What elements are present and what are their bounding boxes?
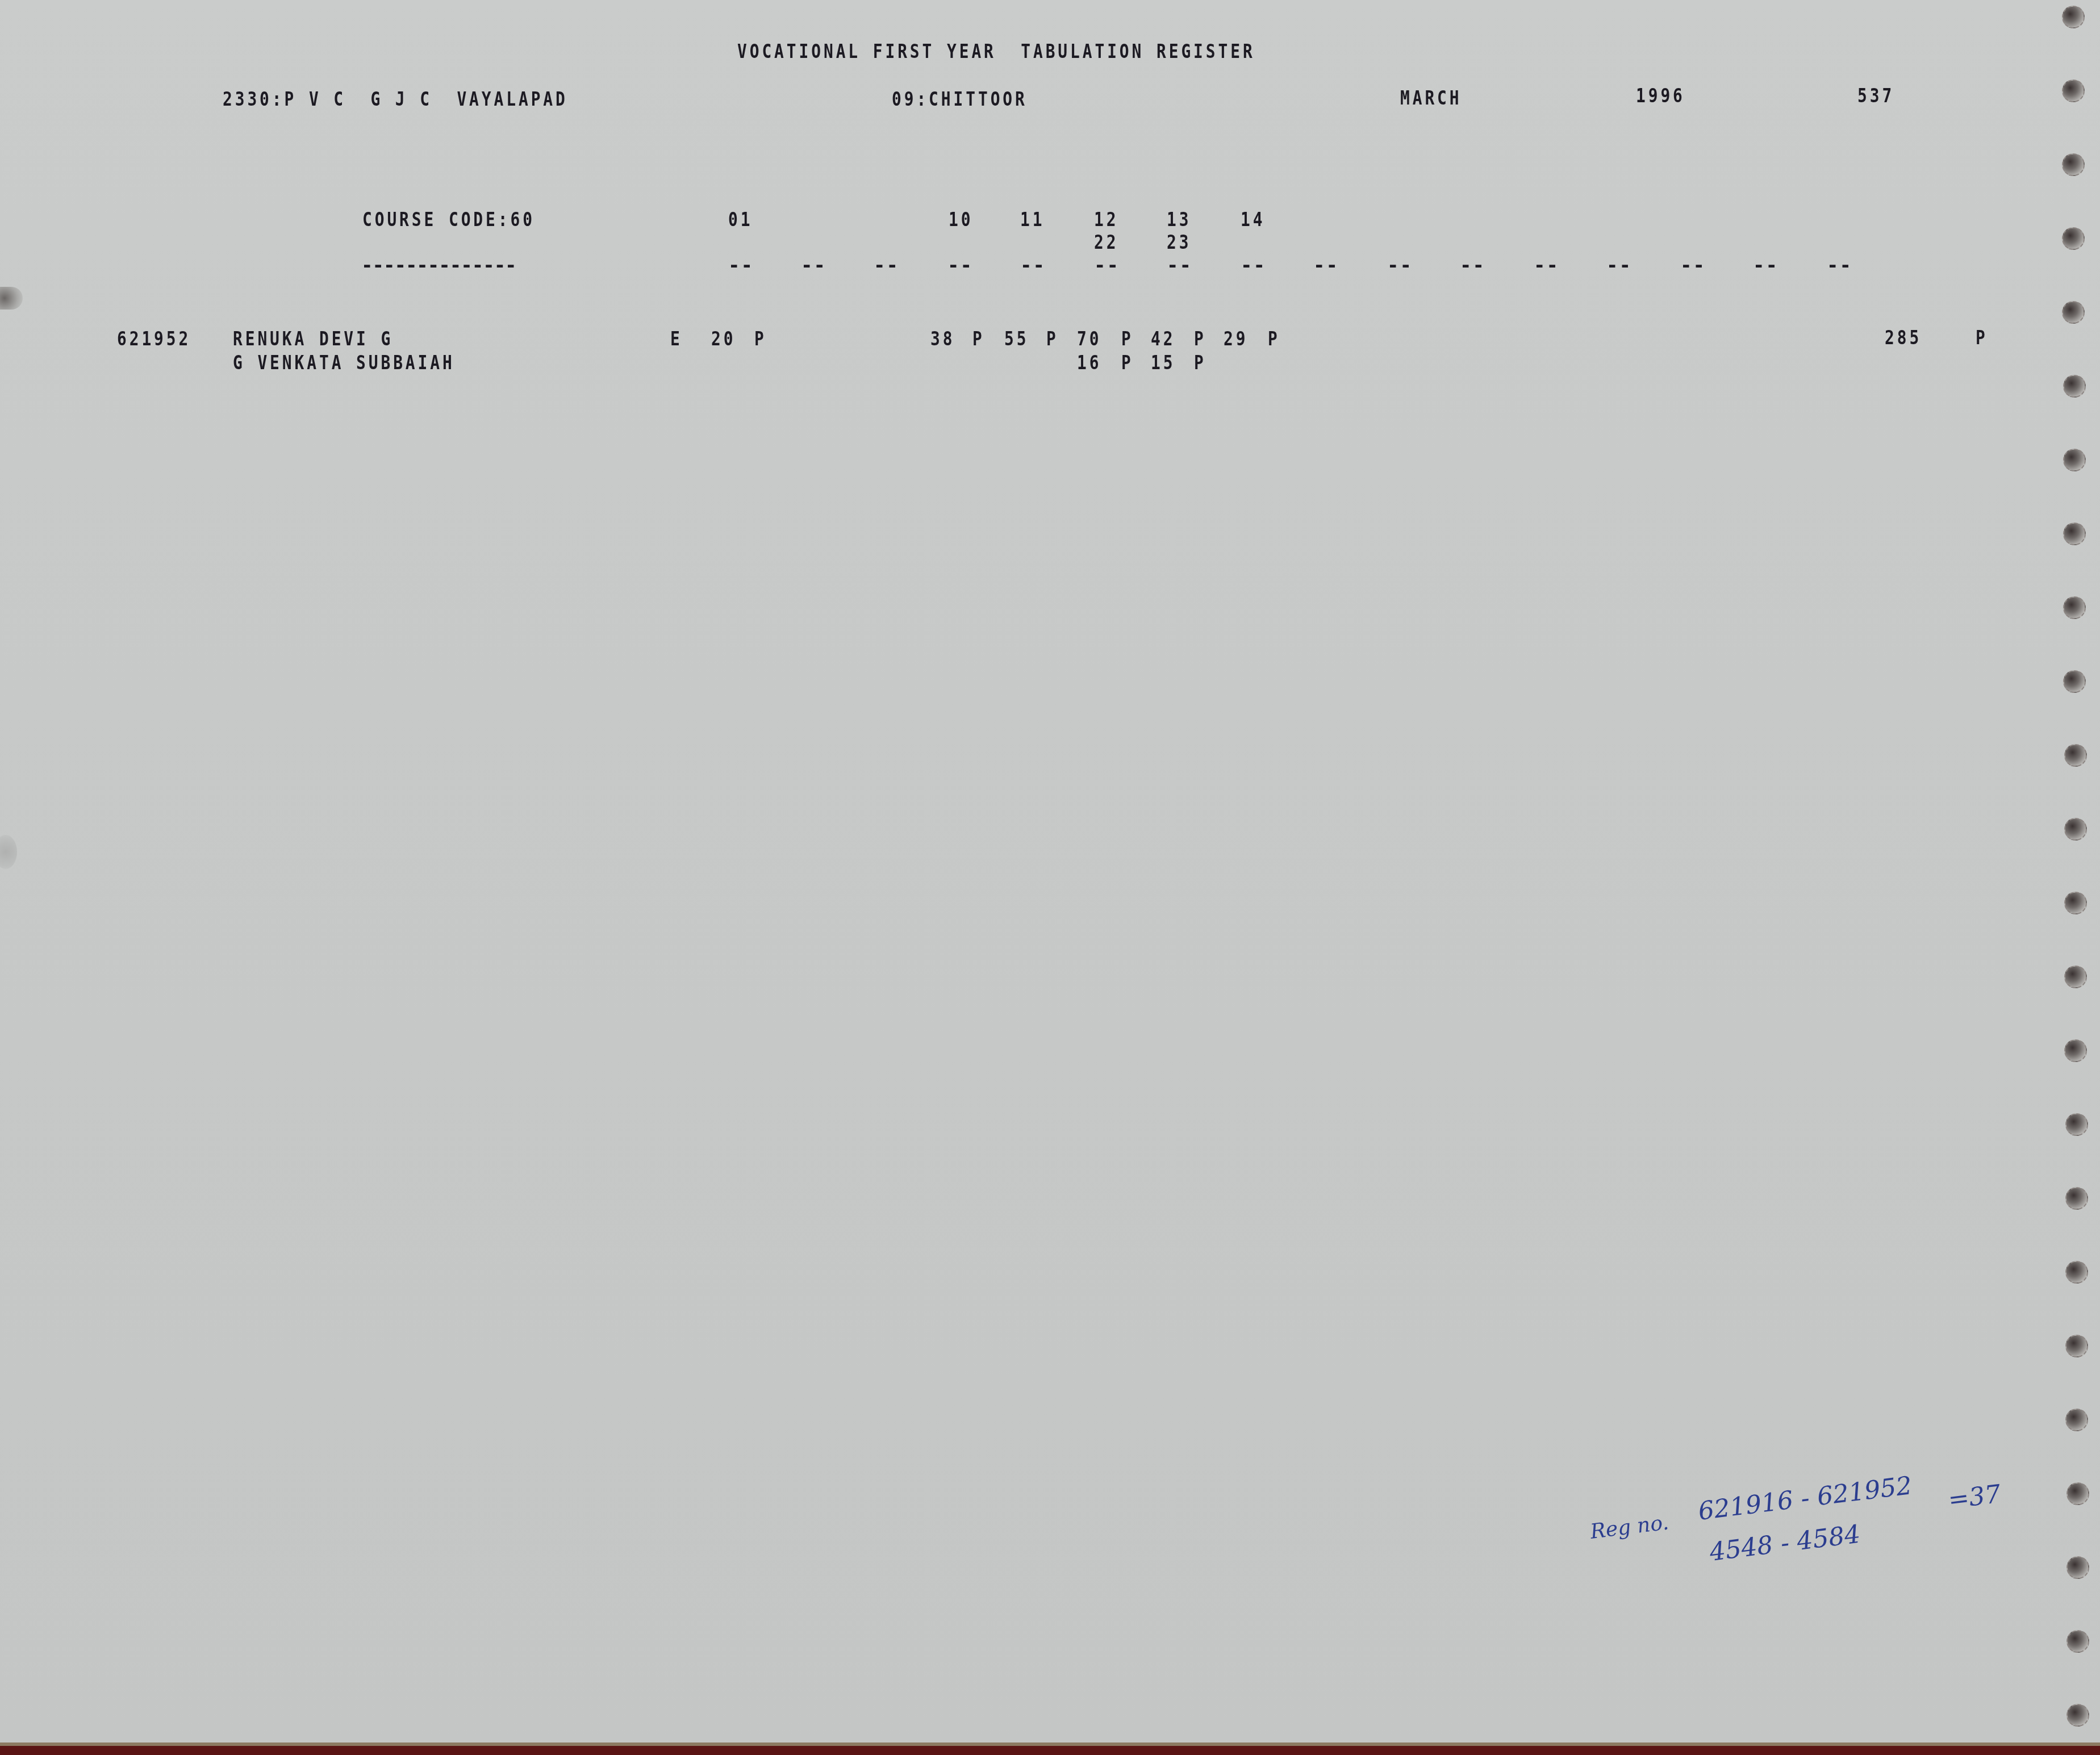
mark-subject-11: 55 [1004,329,1029,349]
sprocket-hole-icon [2063,596,2086,619]
mark-subject-14: 29 [1224,329,1248,349]
column-header-23: 23 [1167,233,1191,252]
mark-subject-10: 38 [930,329,955,349]
sprocket-hole-icon [2066,1556,2089,1579]
result-subject-12: P [1121,329,1134,349]
dash-separator: -- [1313,256,1339,275]
dash-separator: -- [1827,256,1852,275]
column-header-22: 22 [1094,233,1118,252]
sprocket-hole-icon [2064,966,2087,988]
dash-separator: -- [1606,256,1632,275]
result-subject-01: P [754,329,767,349]
exam-month: MARCH [1400,89,1462,108]
column-dash-separators: -- -- -- -- -- -- -- -- -- -- -- -- -- -… [728,256,1876,278]
mark-subject-01: 20 [711,329,736,349]
sprocket-hole-icon [2064,1039,2087,1062]
result-subject-23: P [1194,353,1206,373]
column-header-01: 01 [728,210,753,229]
handwritten-serial-range: 4548 - 4584 [1708,1522,1861,1565]
sprocket-hole-icon [2062,227,2085,250]
sprocket-hole-icon [2063,670,2086,693]
sprocket-hole-icon [2063,375,2086,398]
dash-separator: -- [1020,256,1046,275]
overall-result: P [1976,328,1988,348]
dash-separator: -- [874,256,899,275]
handwritten-reg-label: Reg no. [1589,1512,1670,1543]
register-title: VOCATIONAL FIRST YEAR TABULATION REGISTE… [737,42,1255,61]
sprocket-hole-icon [2062,301,2085,324]
sprocket-hole-icon [2065,1113,2088,1136]
sprocket-hole-icon [2063,449,2086,471]
column-header-12: 12 [1094,210,1118,229]
paper-crease-mark [0,287,23,310]
paper-crease-mark [0,835,17,869]
sprocket-hole-icon [2065,1409,2088,1431]
result-subject-22: P [1121,353,1134,373]
sprocket-hole-icon [2065,1261,2088,1284]
registration-number: 621952 [117,329,191,349]
dash-separator: -- [1680,256,1706,275]
tabulation-register-page: VOCATIONAL FIRST YEAR TABULATION REGISTE… [0,0,2100,1745]
column-header-14: 14 [1241,210,1265,229]
sprocket-hole-icon [2065,1187,2088,1210]
sprocket-hole-icon [2064,818,2087,841]
dash-separator: -- [1094,256,1120,275]
sprocket-hole-icon [2062,6,2085,28]
dash-separator: -- [947,256,973,275]
dash-separator: -- [801,256,826,275]
dash-separator: -- [1534,256,1559,275]
mark-subject-23: 15 [1151,353,1175,373]
college-code-name: 2330:P V C G J C VAYALAPAD [223,90,568,109]
result-subject-10: P [972,329,985,349]
binder-cover-edge [0,1743,2100,1755]
dash-separator: -- [728,256,754,275]
dash-separator: -- [1167,256,1192,275]
sprocket-hole-icon [2063,523,2086,545]
sprocket-hole-icon [2066,1482,2089,1505]
sprocket-hole-icon [2066,1704,2089,1727]
dash-separator: -- [1753,256,1778,275]
handwritten-count: =37 [1947,1482,2002,1513]
guardian-name: G VENKATA SUBBAIAH [233,353,455,373]
column-header-10: 10 [949,210,973,229]
course-code-underline: -------------- [361,256,516,275]
handwritten-reg-range: 621916 - 621952 [1697,1473,1913,1524]
district-code: 09:CHITTOOR [892,90,1028,109]
sprocket-hole-icon [2064,892,2087,914]
dash-separator: -- [1241,256,1266,275]
column-header-11: 11 [1020,210,1045,229]
sprocket-hole-strip [2062,0,2096,1745]
language-medium: E [670,329,683,349]
mark-subject-22: 16 [1077,353,1101,373]
sprocket-hole-icon [2062,153,2085,176]
mark-subject-12: 70 [1077,329,1101,349]
dash-separator: -- [1387,256,1413,275]
sprocket-hole-icon [2065,1335,2088,1357]
sprocket-hole-icon [2062,80,2085,102]
column-header-13: 13 [1167,210,1191,229]
total-marks: 285 [1885,328,1922,348]
student-name: RENUKA DEVI G [233,329,393,349]
page-number: 537 [1857,86,1894,106]
sprocket-hole-icon [2066,1630,2089,1653]
course-code-label: COURSE CODE:60 [362,210,535,229]
exam-year: 1996 [1636,86,1685,106]
result-subject-11: P [1046,329,1059,349]
dash-separator: -- [1460,256,1485,275]
result-subject-13: P [1194,329,1206,349]
result-subject-14: P [1268,329,1280,349]
sprocket-hole-icon [2064,744,2087,767]
mark-subject-13: 42 [1151,329,1175,349]
